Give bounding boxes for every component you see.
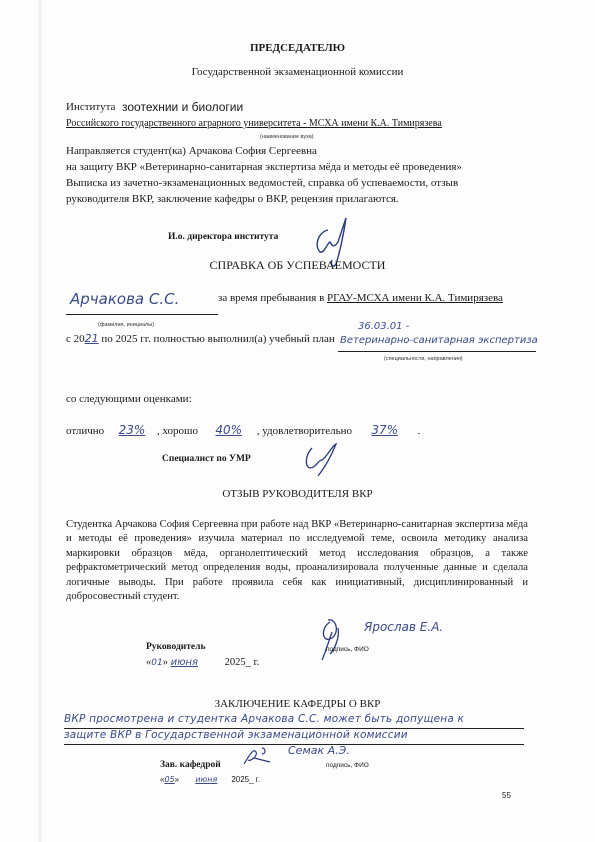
department-head-signature-name: Семак А.Э. — [288, 744, 350, 757]
department-signature-caption: подпись, ФИО — [326, 762, 369, 769]
department-date-year: 2025_ г. — [231, 775, 260, 784]
department-date-day: 05 — [164, 775, 174, 784]
grade-excellent-label: отлично — [66, 425, 104, 437]
plan-name-handwritten: Ветеринарно-санитарная экспертиза — [340, 335, 538, 346]
department-conclusion-line-1: ВКР просмотрена и студентка Арчакова С.С… — [64, 713, 464, 725]
date-close-quote: » — [163, 657, 168, 668]
department-title: ЗАКЛЮЧЕНИЕ КАФЕДРЫ О ВКР — [0, 698, 595, 710]
university-name: Российского государственного аграрного у… — [66, 118, 442, 129]
study-period: с 2021 по 2025 гг. полностью выполнил(а)… — [66, 332, 335, 345]
supervisor-date: «01» июня2025_ г. — [146, 657, 259, 668]
supervisor-date-day: 01 — [151, 658, 162, 668]
supervisor-signature-caption: подпись, ФИО — [326, 646, 369, 653]
department-head-signature — [240, 744, 274, 768]
supervisor-label: Руководитель — [146, 642, 205, 652]
grades-intro: со следующими оценками: — [66, 393, 192, 405]
review-text: Студентка Арчакова София Сергеевна при р… — [66, 518, 528, 604]
grade-satisfactory-value: 37% — [355, 423, 415, 437]
supervisor-date-year: 2025_ г. — [225, 657, 260, 668]
student-name-line — [66, 314, 218, 315]
director-label: И.о. директора института — [168, 232, 278, 242]
referral-attachments-1: Выписка из зачетно-экзаменационных ведом… — [66, 177, 458, 189]
commission-subheading: Государственной экзаменационной комиссии — [0, 66, 595, 78]
year-start-handwritten: 21 — [85, 332, 99, 345]
stay-label: за время пребывания в — [218, 292, 327, 304]
grade-excellent-value: 23% — [107, 423, 157, 437]
specialist-label: Специалист по УМР — [162, 454, 251, 464]
grade-satisfactory-label: , удовлетворительно — [257, 425, 352, 437]
grade-good-label: , хорошо — [157, 425, 198, 437]
university-caption: (наименование вуза) — [260, 134, 314, 140]
supervisor-signature — [318, 614, 368, 664]
referral-attachments-2: руководителя ВКР, заключение кафедры о В… — [66, 193, 399, 205]
referral-topic: на защиту ВКР «Ветеринарно-санитарная эк… — [66, 161, 462, 173]
student-name-caption: (фамилия, инициалы) — [98, 322, 154, 328]
years-prefix: с 20 — [66, 333, 85, 345]
department-date-month: июня — [181, 775, 231, 784]
supervisor-date-month: июня — [171, 657, 225, 668]
referral-student: Направляется студент(ка) Арчакова София … — [66, 145, 317, 157]
page-number: 55 — [502, 791, 511, 800]
specialist-signature — [302, 440, 342, 480]
department-conclusion-line-2: защите ВКР в Государственной экзаменацио… — [64, 729, 408, 741]
grade-good-value: 40% — [201, 423, 257, 437]
plan-caption: (специальности, направления) — [384, 356, 463, 362]
document-page: ПРЕДСЕДАТЕЛЮ Государственной экзаменацио… — [0, 0, 595, 842]
years-middle: по 2025 гг. полностью выполнил(а) учебны… — [99, 333, 335, 345]
scan-edge — [38, 0, 42, 842]
review-title: ОТЗЫВ РУКОВОДИТЕЛЯ ВКР — [0, 488, 595, 500]
plan-code-handwritten: 36.03.01 - — [358, 321, 409, 332]
grades-end: . — [417, 425, 420, 437]
stay-university: РГАУ-МСХА имени К.А. Тимирязева — [327, 292, 503, 304]
performance-title: СПРАВКА ОБ УСПЕВАЕМОСТИ — [0, 258, 595, 273]
addressee-heading: ПРЕДСЕДАТЕЛЮ — [0, 42, 595, 54]
department-head-label: Зав. кафедрой — [160, 760, 221, 770]
supervisor-signature-name: Ярослав Е.А. — [364, 620, 443, 634]
date-close-quote: » — [175, 775, 179, 784]
grades-row: отлично 23%, хорошо 40%, удовлетворитель… — [66, 423, 420, 437]
department-date: «05» июня2025_ г. — [160, 775, 260, 784]
institute-name: зоотехнии и биологии — [122, 100, 243, 114]
plan-line — [338, 351, 536, 352]
institute-label: Института — [66, 101, 115, 113]
stay-text: за время пребывания в РГАУ-МСХА имени К.… — [218, 292, 503, 304]
student-name-handwritten: Арчакова С.С. — [70, 290, 179, 308]
